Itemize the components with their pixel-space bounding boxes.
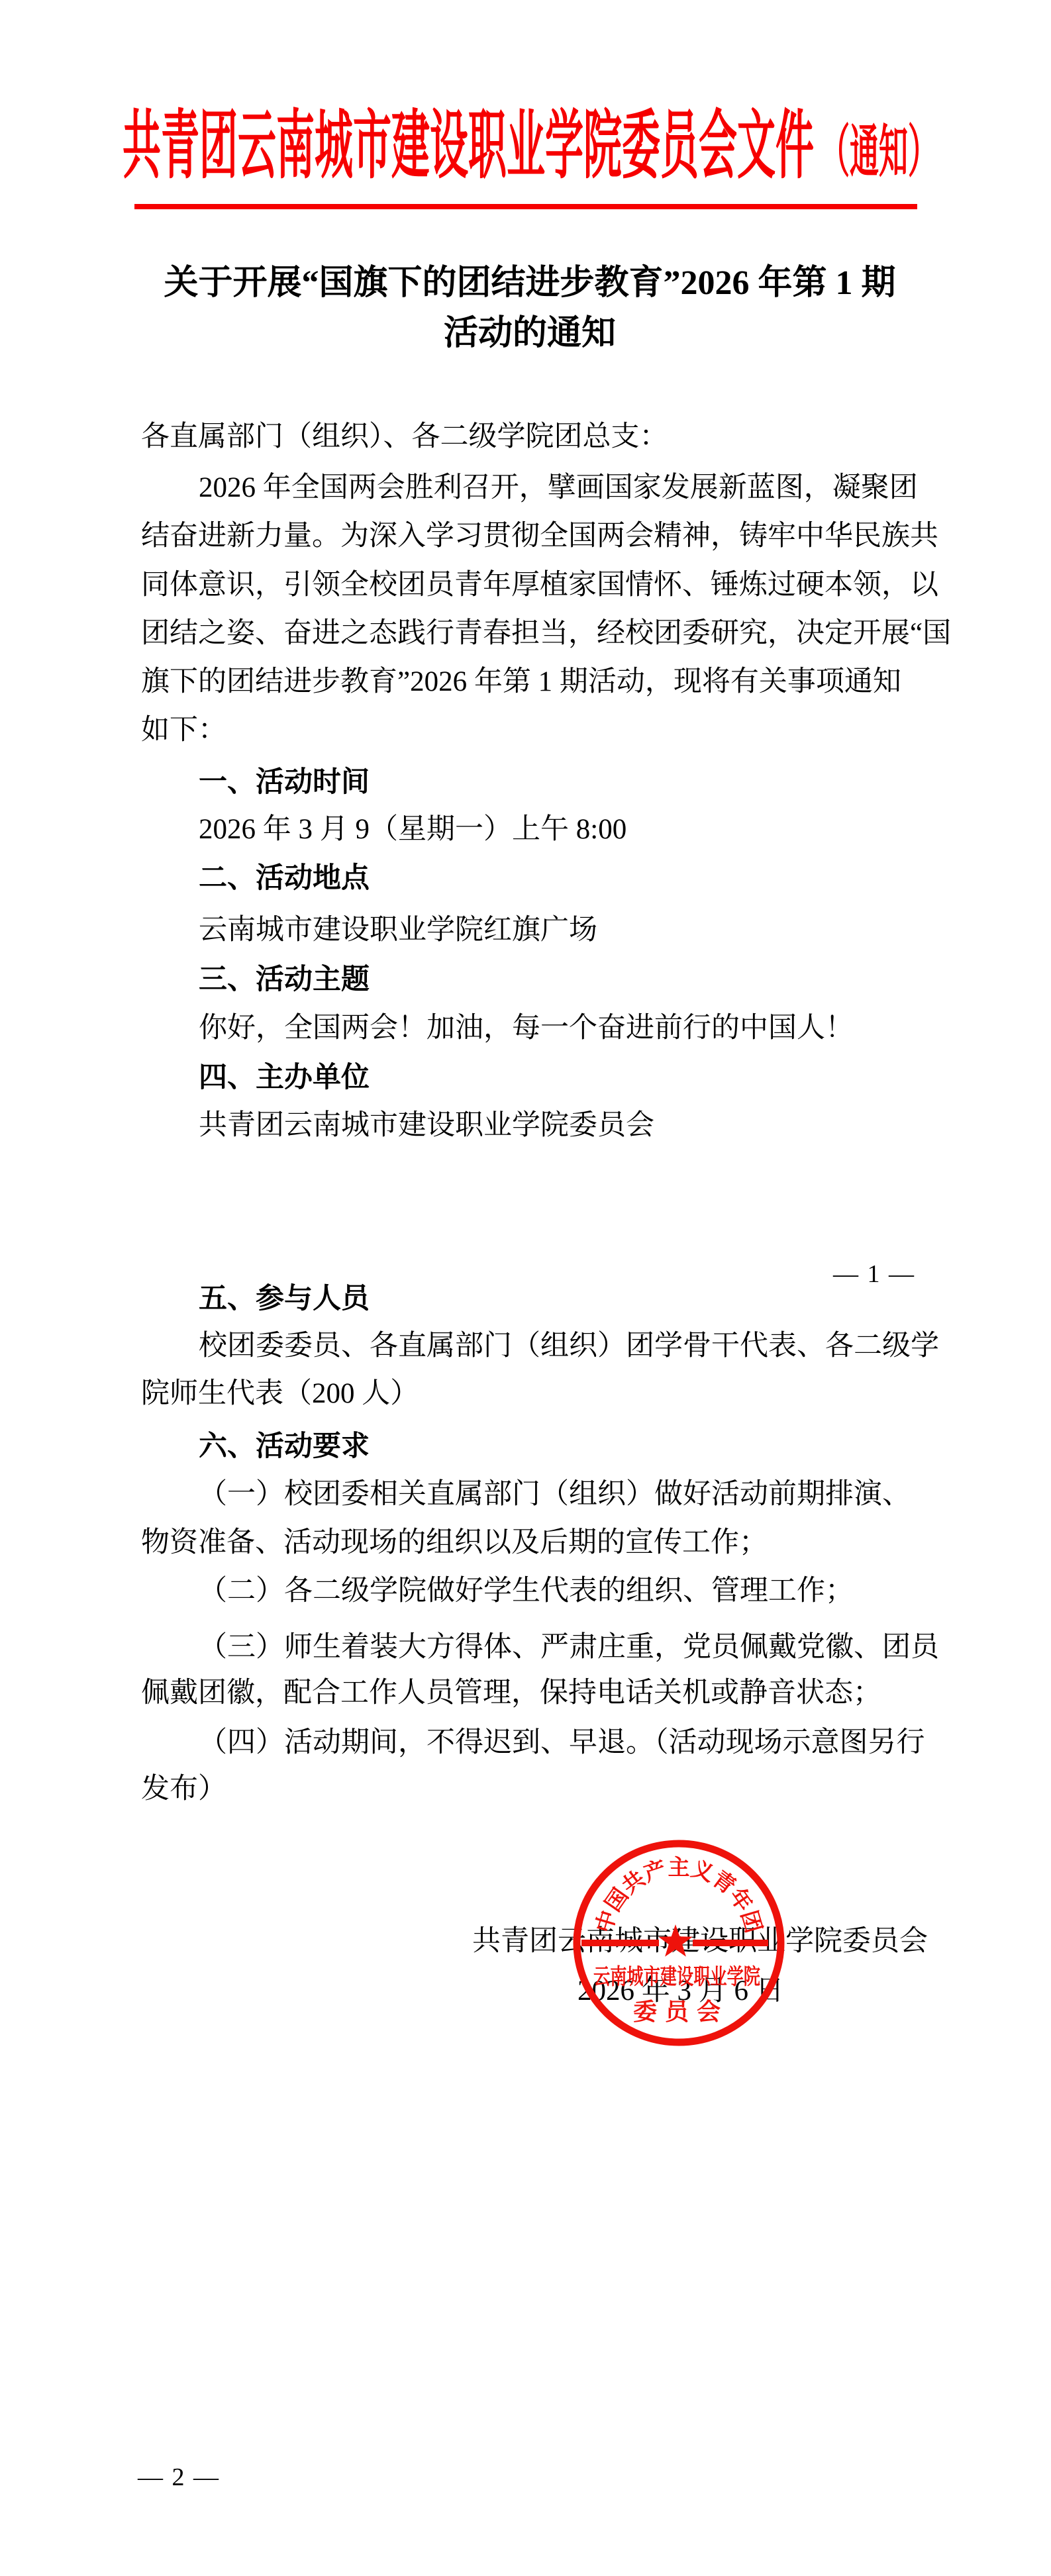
section2-heading: 二、活动地点 bbox=[199, 863, 370, 894]
requirement1-line2: 物资准备、活动现场的组织以及后期的宣传工作； bbox=[141, 1527, 768, 1558]
intro-line-2: 结奋进新力量。为深入学习贯彻全国两会精神，铸牢中华民族共 bbox=[141, 520, 938, 552]
requirement4-line2: 发布） bbox=[141, 1773, 226, 1805]
official-seal: 中国共产主义青年团 云南城市建设职业学院 委员会 bbox=[560, 1824, 798, 2062]
doc-title-line2: 活动的通知 bbox=[136, 315, 924, 352]
letterhead: 共青团云南城市建设职业学院委员会文件 （通知） bbox=[136, 85, 924, 193]
section2-text: 云南城市建设职业学院红旗广场 bbox=[199, 915, 597, 946]
letterhead-divider bbox=[134, 204, 917, 209]
letterhead-org-title: 共青团云南城市建设职业学院委员会文件 bbox=[123, 85, 814, 193]
intro-line-6: 如下： bbox=[141, 715, 226, 746]
section4-text: 共青团云南城市建设职业学院委员会 bbox=[199, 1110, 654, 1141]
requirement3-line1: （三）师生着装大方得体、严肃庄重，党员佩戴党徽、团员 bbox=[199, 1632, 939, 1663]
section1-heading: 一、活动时间 bbox=[199, 767, 370, 798]
section3-heading: 三、活动主题 bbox=[199, 964, 370, 995]
document-page: 共青团云南城市建设职业学院委员会文件 （通知） 关于开展“国旗下的团结进步教育”… bbox=[0, 0, 1051, 2576]
section5-line2: 院师生代表（200 人） bbox=[141, 1378, 419, 1409]
seal-left-bar bbox=[581, 1940, 659, 1946]
salutation: 各直属部门（组织）、各二级学院团总支： bbox=[141, 421, 668, 452]
seal-right-bar bbox=[693, 1940, 768, 1946]
requirement4-line1: （四）活动期间，不得迟到、早退。（活动现场示意图另行 bbox=[199, 1727, 925, 1758]
intro-line-5: 旗下的团结进步教育”2026 年第 1 期活动，现将有关事项通知 bbox=[141, 666, 901, 697]
seal-committee-text: 委员会 bbox=[633, 1999, 721, 2025]
seal-school-name: 云南城市建设职业学院 bbox=[593, 1965, 760, 1989]
requirement2: （二）各二级学院做好学生代表的组织、管理工作； bbox=[199, 1575, 854, 1607]
requirement3-line2: 佩戴团徽，配合工作人员管理，保持电话关机或静音状态； bbox=[141, 1677, 881, 1709]
intro-line-1: 2026 年全国两会胜利召开，擘画国家发展新蓝图，凝聚团 bbox=[199, 472, 918, 503]
page1-number: — 1 — bbox=[833, 1260, 915, 1288]
doc-title-line1: 关于开展“国旗下的团结进步教育”2026 年第 1 期 bbox=[136, 265, 924, 302]
section1-text: 2026 年 3 月 9（星期一）上午 8:00 bbox=[199, 814, 626, 845]
section4-heading: 四、主办单位 bbox=[199, 1062, 370, 1093]
intro-line-3: 同体意识，引领全校团员青年厚植家国情怀、锤炼过硬本领，以 bbox=[141, 570, 938, 601]
section5-heading: 五、参与人员 bbox=[199, 1283, 370, 1314]
section5-line1: 校团委委员、各直属部门（组织）团学骨干代表、各二级学 bbox=[199, 1330, 939, 1362]
letterhead-doc-type: （通知） bbox=[821, 105, 937, 188]
intro-line-4: 团结之姿、奋进之态践行青春担当，经校团委研究，决定开展“国 bbox=[141, 618, 951, 649]
requirement1-line1: （一）校团委相关直属部门（组织）做好活动前期排演、 bbox=[199, 1479, 911, 1510]
section3-text: 你好，全国两会！加油，每一个奋进前行的中国人！ bbox=[199, 1013, 854, 1044]
page2-number: — 2 — bbox=[138, 2463, 220, 2491]
section6-heading: 六、活动要求 bbox=[199, 1431, 370, 1462]
seal-star-icon bbox=[658, 1924, 692, 1957]
